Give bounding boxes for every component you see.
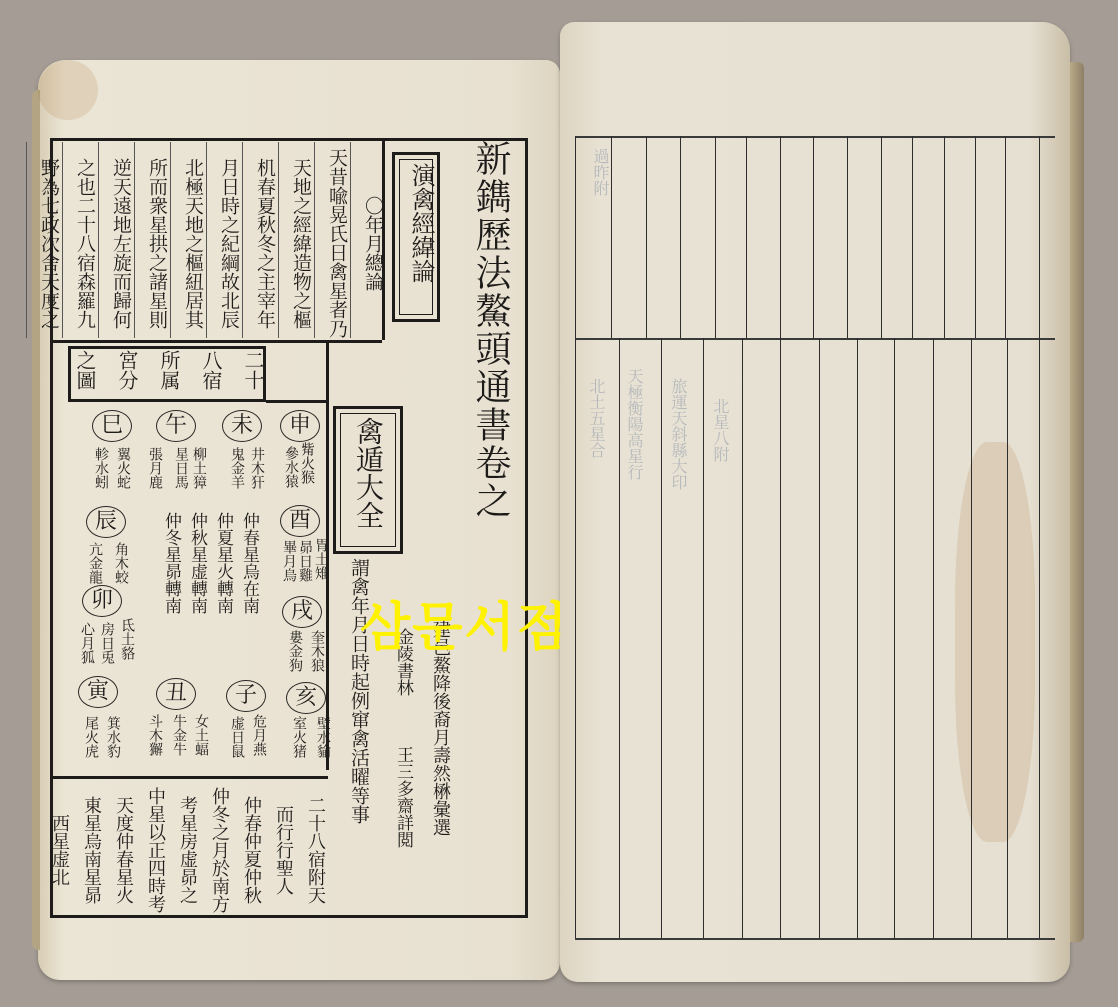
star-label: 牛金牛	[170, 714, 187, 756]
star-label: 箕水豹	[104, 716, 121, 758]
grid-line	[857, 338, 858, 938]
grid-line	[703, 338, 704, 938]
branch-zi: 子	[226, 680, 266, 712]
text-column: 所而衆星拱之諸星則	[134, 142, 170, 338]
watermark-text: 삼문서점	[360, 598, 569, 658]
star-label: 壁水貐	[314, 716, 331, 758]
bleed-through-text: 過昨附	[589, 148, 611, 196]
bleed-through-text: 旅運天斜縣大印	[667, 378, 689, 490]
title-part: 之圖	[74, 350, 96, 398]
star-label: 虚日鼠	[228, 716, 245, 758]
branch-shen: 申	[280, 410, 320, 442]
text-column: 北極天地之樞紐居其	[170, 142, 206, 338]
diagram-title: 二十 八宿 所属 宮分 之圖	[74, 350, 264, 398]
intro-text-columns: 〇年月總論 天昔喩晃氏日禽星者乃 天地之經緯造物之樞 机春夏秋冬之主宰年 月日時…	[56, 142, 386, 338]
text-column: 天昔喩晃氏日禽星者乃	[314, 142, 350, 338]
text-column: 〇年月總論	[350, 142, 386, 338]
star-label: 胃土雉	[312, 538, 329, 580]
heading-label: 禽遁大全	[350, 417, 386, 529]
star-label: 井木犴	[248, 447, 265, 489]
branch-wu: 午	[156, 410, 196, 442]
grid-line	[611, 136, 612, 338]
season-text: 仲夏星火轉南	[212, 512, 234, 614]
grid-line	[944, 136, 945, 338]
season-text: 仲秋星虚轉南	[186, 512, 208, 614]
book-edge	[1070, 62, 1084, 942]
text-column: 仲冬之月於南方	[198, 785, 230, 915]
heading-box-yanqin: 演禽經緯論	[392, 152, 440, 322]
grid-line	[933, 338, 934, 938]
star-label: 房日兎	[98, 622, 115, 664]
title-part: 二十	[242, 350, 264, 398]
text-column: 二十八宿附天	[294, 785, 326, 915]
star-label: 奎木狼	[308, 630, 325, 672]
text-column: 机春夏秋冬之主宰年	[242, 142, 278, 338]
text-column: 仲春仲夏仲秋	[230, 785, 262, 915]
title-part: 八宿	[200, 350, 222, 398]
text-column: 東星烏南星昴	[70, 785, 102, 915]
grid-line	[742, 338, 743, 938]
star-label: 鬼金羊	[228, 447, 245, 489]
branch-hai: 亥	[286, 682, 326, 714]
grid-line	[646, 136, 647, 338]
star-label: 翼火蛇	[114, 447, 131, 489]
star-label: 心月狐	[78, 622, 95, 664]
heading-label: 演禽經緯論	[403, 163, 439, 283]
title-part: 宮分	[116, 350, 138, 398]
text-column: 天地之經緯造物之樞	[278, 142, 314, 338]
star-label: 斗木獬	[146, 714, 163, 756]
star-label: 星日馬	[172, 447, 189, 489]
title-part: 所属	[158, 350, 180, 398]
grid-line	[912, 136, 913, 338]
ruled-ledger-grid: 天極衡陽高星行 旅運天斜縣大印 北星八附 北土五星合 過昨附	[575, 128, 1055, 946]
grid-line	[619, 338, 620, 938]
text-column: 逆天遠地左旋而歸何	[98, 142, 134, 338]
star-label: 軫水蚓	[92, 447, 109, 489]
grid-line	[575, 136, 576, 938]
grid-line	[975, 136, 976, 338]
star-label: 危月燕	[250, 714, 267, 756]
text-column: 月日時之紀綱故北辰	[206, 142, 242, 338]
text-column: 王三多齋詳閲	[392, 746, 414, 848]
grid-line	[661, 338, 662, 938]
text-column: 天度仲春星火	[102, 785, 134, 915]
grid-line	[780, 338, 781, 938]
text-column: 中星以正四時考	[134, 785, 166, 915]
text-column: 西星虚北	[38, 785, 70, 915]
text-column: 而行行聖人	[262, 785, 294, 915]
text-column: 野為七政次舍天度之	[26, 142, 62, 338]
star-label: 參水猿	[282, 446, 299, 488]
bleed-through-text: 北土五星合	[585, 378, 607, 458]
star-label: 女土蝠	[192, 714, 209, 756]
book-title: 新鐫歷法鰲頭通書卷之	[468, 140, 512, 520]
grid-line	[819, 338, 820, 938]
branch-yin: 寅	[78, 676, 118, 708]
branch-chen: 辰	[86, 506, 126, 538]
branch-mao: 卯	[82, 585, 122, 617]
grid-line	[881, 136, 882, 338]
star-label: 亢金龍	[86, 542, 103, 584]
season-text: 仲冬星昴轉南	[160, 512, 182, 614]
bleed-through-text: 天極衡陽高星行	[623, 368, 645, 480]
grid-line	[780, 136, 781, 338]
grid-line	[1007, 338, 1008, 938]
grid-line	[1005, 136, 1006, 338]
grid-line	[847, 136, 848, 338]
branch-xu: 戌	[282, 596, 322, 628]
star-label: 尾火虎	[82, 716, 99, 758]
grid-line	[680, 136, 681, 338]
star-label: 角木蛟	[112, 542, 129, 584]
text-column: 考星房虚昴之	[166, 785, 198, 915]
star-label: 婁金狗	[286, 630, 303, 672]
grid-line	[575, 338, 1055, 340]
branch-you: 酉	[280, 505, 320, 537]
grid-line	[575, 938, 1055, 940]
season-text: 仲春星烏在南	[238, 512, 260, 614]
star-label: 畢月烏	[280, 540, 297, 582]
star-label: 室火猪	[290, 716, 307, 758]
divider	[266, 400, 328, 403]
divider	[52, 776, 328, 779]
divider	[52, 340, 382, 343]
star-label: 柳土獐	[190, 447, 207, 489]
divider	[382, 140, 385, 340]
branch-chou: 丑	[156, 678, 196, 710]
branch-wei: 未	[222, 410, 262, 442]
grid-line	[1039, 136, 1040, 938]
bleed-through-text: 北星八附	[709, 398, 731, 462]
grid-line	[971, 338, 972, 938]
grid-line	[715, 136, 716, 338]
text-column: 之也二十八宿森羅九	[62, 142, 98, 338]
grid-line	[813, 136, 814, 338]
branch-si: 巳	[92, 410, 132, 442]
bottom-text-columns: 二十八宿附天 而行行聖人 仲春仲夏仲秋 仲冬之月於南方 考星房虚昴之 中星以正四…	[56, 785, 326, 915]
star-label: 昴日雞	[296, 540, 313, 582]
star-label: 氐土貉	[118, 618, 135, 660]
water-stain	[38, 60, 98, 120]
star-label: 張月鹿	[146, 447, 163, 489]
heading-box-qindun: 禽遁大全	[333, 406, 403, 554]
grid-line	[746, 136, 747, 338]
grid-line	[894, 338, 895, 938]
star-label: 觜火猴	[298, 442, 315, 484]
